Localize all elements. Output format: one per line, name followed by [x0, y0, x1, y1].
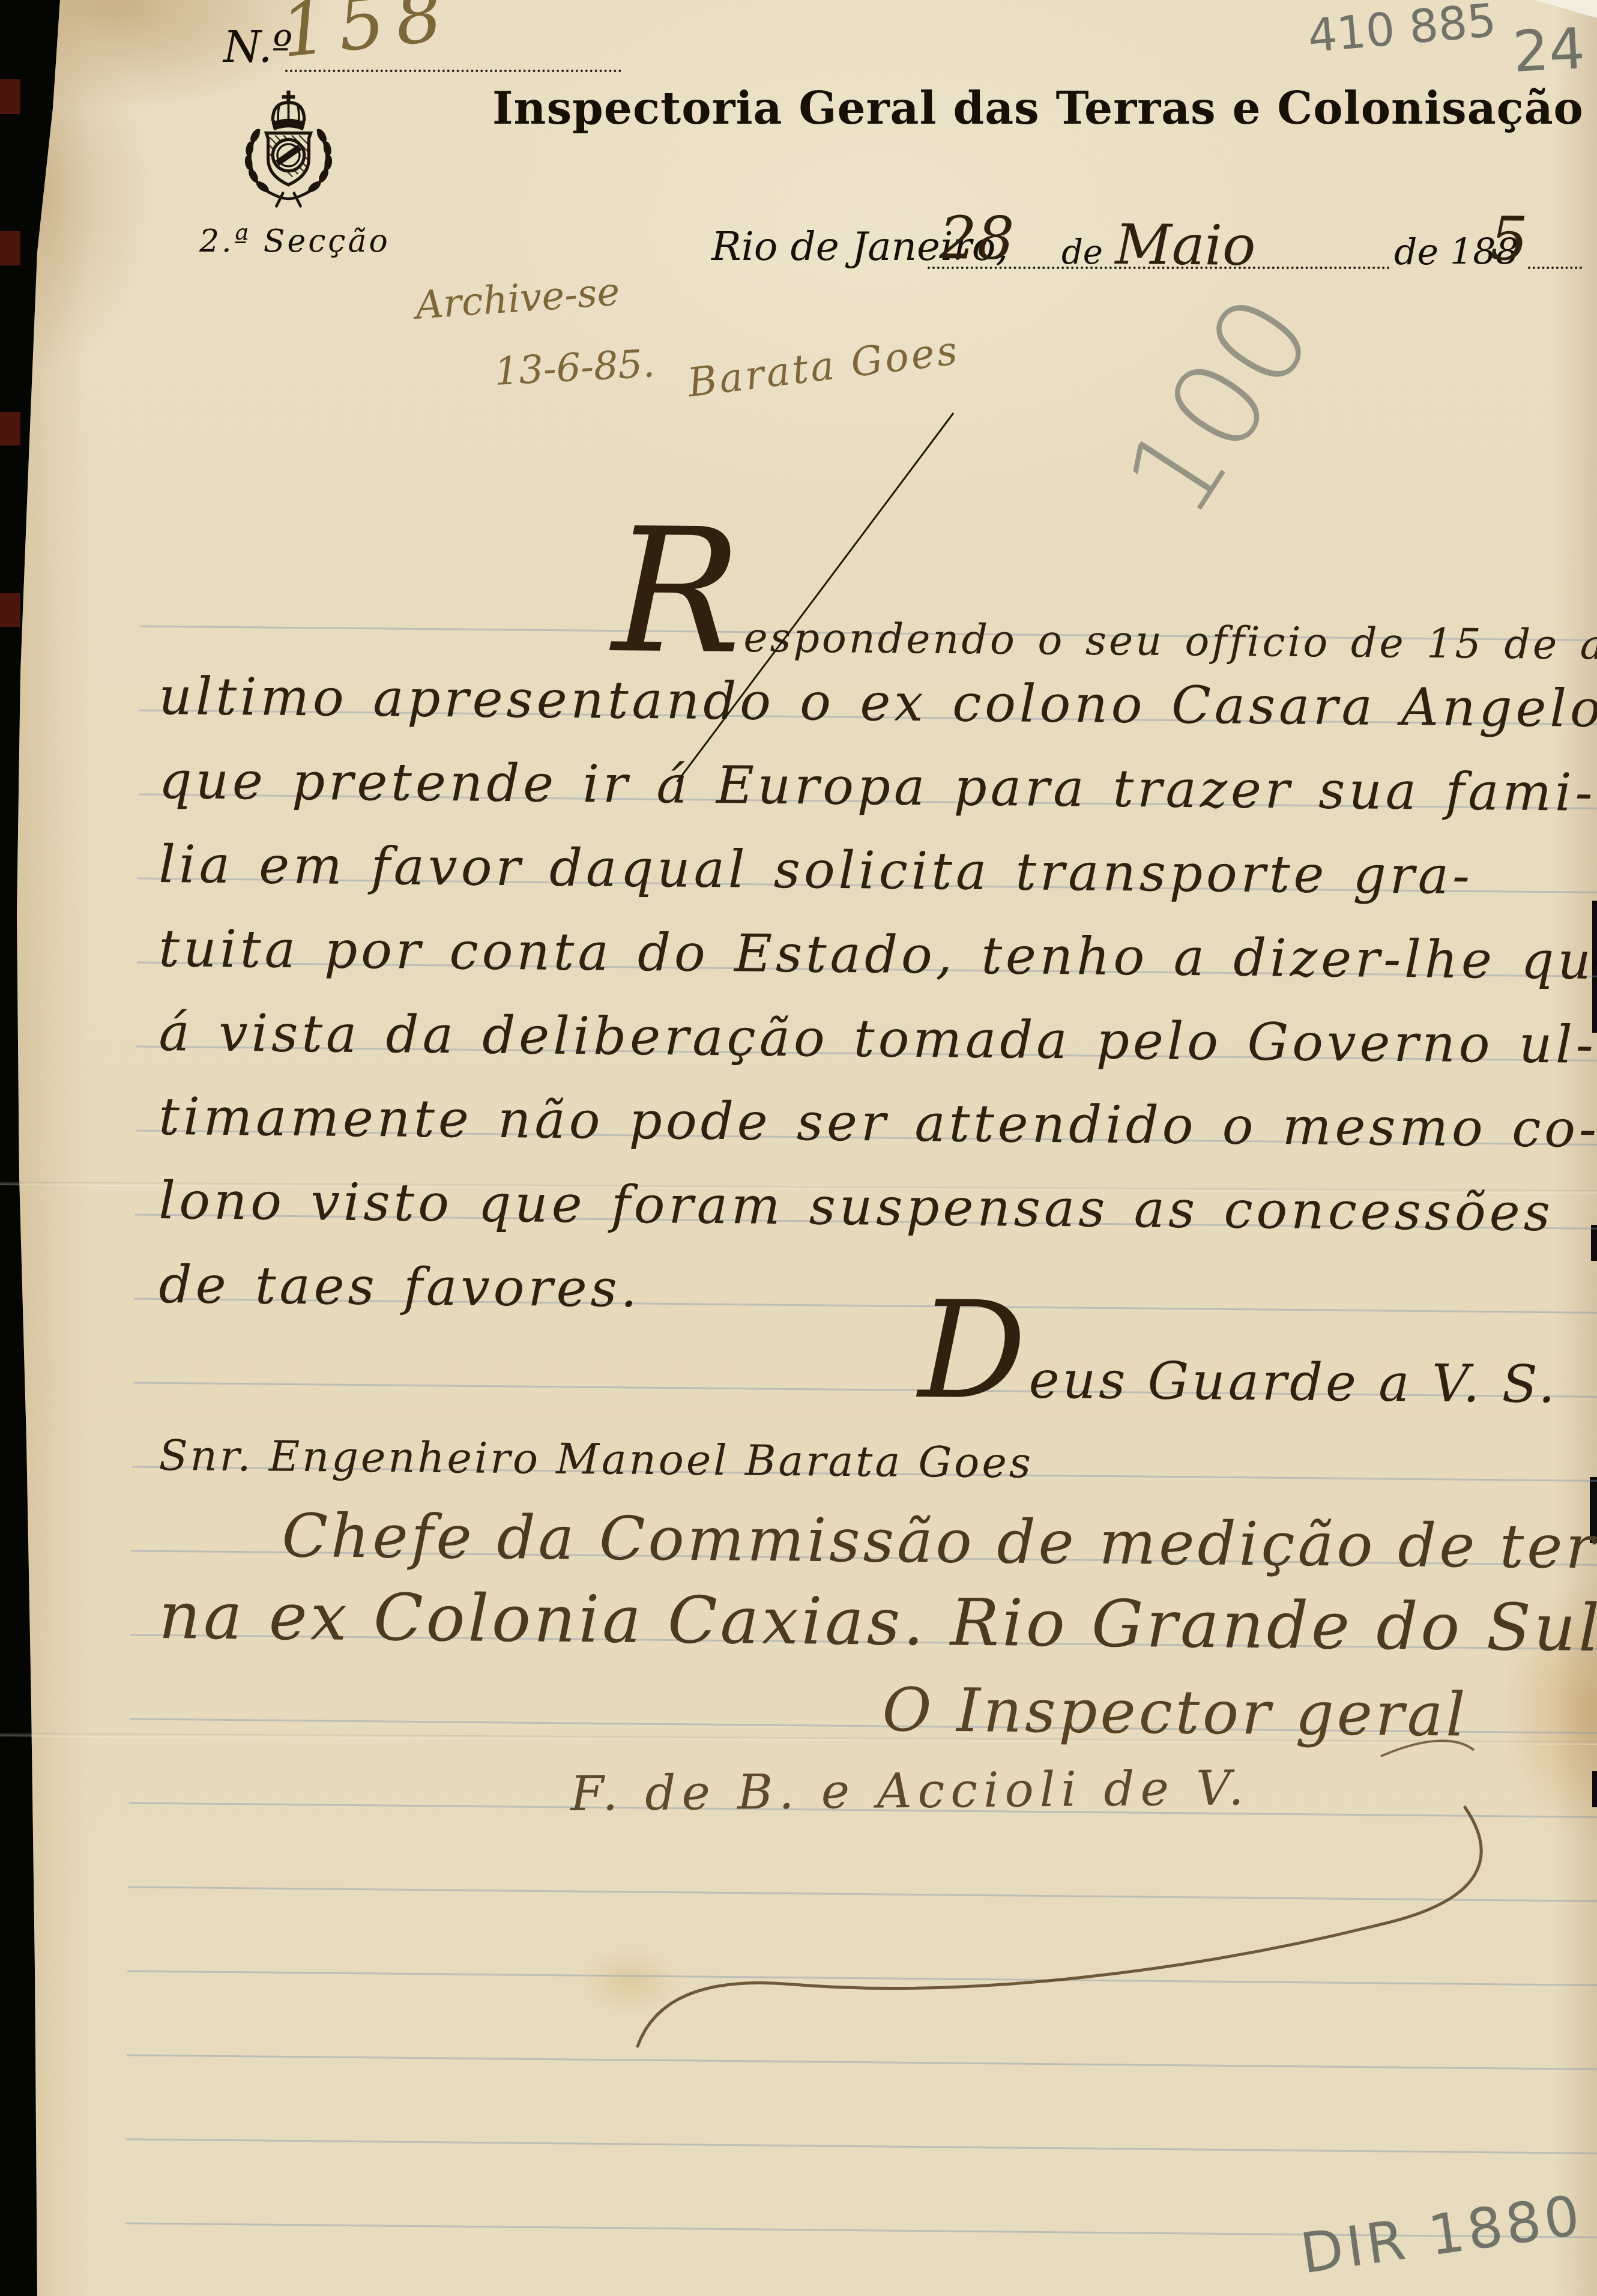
letterhead-title: Inspectoria Geral das Terras e Colonisaç…	[492, 83, 1525, 134]
date-dotted-line-end	[1528, 267, 1582, 269]
addressee-name: Snr. Engenheiro Manoel Barata Goes	[158, 1434, 1033, 1484]
addressee-title: Chefe da Commissão de medição de terras	[282, 1506, 1597, 1578]
letter-body-line: timamente não pode ser attendido o mesmo…	[158, 1091, 1597, 1155]
doc-number-value: 158	[277, 0, 456, 68]
date-year-digit-handwritten: 5	[1490, 209, 1528, 270]
letter-body-line: tuita por conta do Estado, tenho a dizer…	[158, 923, 1597, 987]
binding-mark	[0, 79, 20, 114]
date-dotted-line	[928, 267, 1390, 269]
letter-body-line: Respondendo o seu officio de 15 de abril	[612, 591, 1597, 667]
letter-body-line: ultimo apresentando o ex colono Casara A…	[158, 671, 1597, 736]
date-day-handwritten: 28	[939, 209, 1015, 268]
scanned-letter-page: N.º 158 410 885 24 Inspectoria Geral das…	[0, 0, 1597, 2296]
letter-body-line: de taes favores.	[158, 1259, 641, 1315]
letter-body-line: lia em favor daqual solicita transporte …	[158, 839, 1473, 902]
addressee-location: na ex Colonia Caxias. Rio Grande do Sul	[158, 1584, 1597, 1661]
section-label: 2.ª Secção	[199, 223, 390, 259]
letter-body-line: á vista da deliberação tomada pelo Gover…	[158, 1007, 1597, 1071]
date-month-handwritten: Maio	[1115, 217, 1256, 274]
binding-mark	[0, 231, 20, 265]
letter-body-line: lono visto que foram suspensas as conces…	[158, 1175, 1554, 1239]
inspector-signature: F. de B. e Accioli de V.	[570, 1764, 1250, 1818]
signer-title: O Inspector geral	[882, 1680, 1469, 1745]
binding-mark	[0, 412, 20, 446]
binding-mark	[0, 593, 20, 627]
letter-closing: Deus Guarde a V. S.	[918, 1350, 1558, 1410]
archive-date-note: 13-6-85.	[494, 345, 656, 391]
pencil-page-number: 24	[1511, 16, 1586, 85]
imperial-crest-icon	[233, 89, 344, 220]
doc-number-dotted-line	[285, 70, 621, 72]
letter-body-line: que pretende ir á Europa para trazer sua…	[158, 755, 1596, 819]
